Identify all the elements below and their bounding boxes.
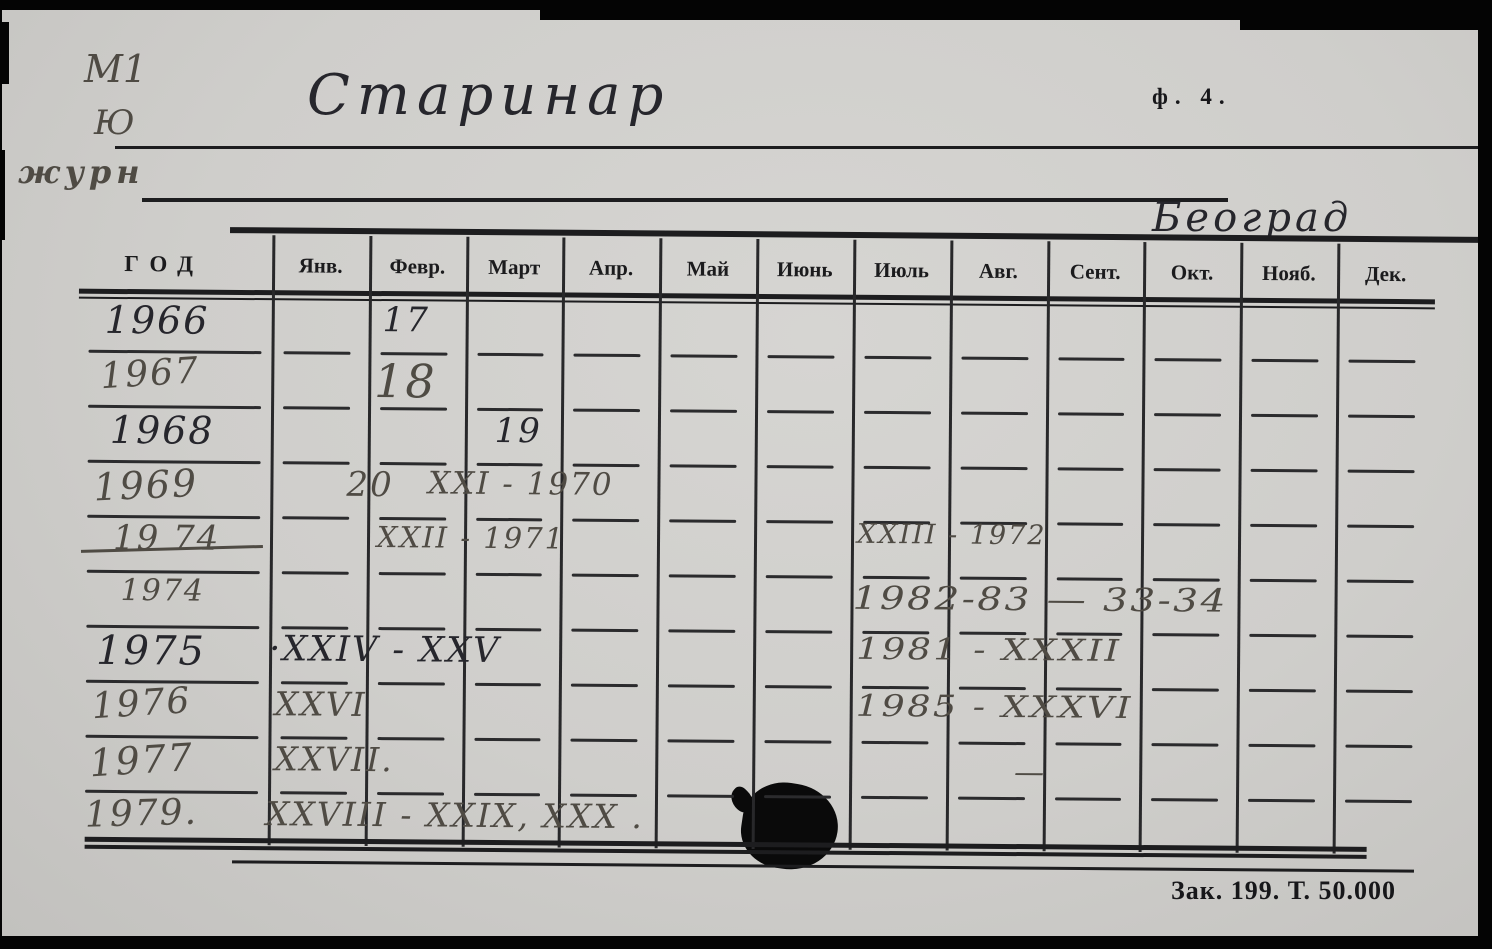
cell-rule [1346,745,1413,749]
cell-rule [671,354,738,358]
category-underline [142,198,1228,202]
catalog-card: М1 Ю ф. 4. Старинар журн Београд ГОДЯнв.… [2,10,1480,938]
month-header: Окт. [1143,251,1240,294]
cell-rule [864,356,931,360]
scan-edge-top-right [1240,0,1492,30]
cell-rule [1248,799,1315,803]
volume-entry: XXVI [275,687,367,721]
cell-rule [669,519,736,523]
volume-entry: ·XXIV - XXV [269,632,501,669]
cell-rule [1055,742,1122,746]
cell-rule [1057,522,1124,526]
volume-entry: 18 [374,358,437,404]
year-cell: 1979. [84,795,198,834]
cell-rule [1055,797,1122,801]
cell-rule [1058,357,1125,361]
cell-rule [1346,690,1413,694]
volume-entry: 17 [382,303,430,337]
volume-entry: 1985 - XXXVI [856,692,1133,724]
volume-table: ГОДЯнв.Февр.МартАпр.МайИюньИюльАвг.Сент.… [75,231,1436,860]
cell-rule [1349,360,1416,364]
volume-entry: XXVII. [274,742,394,776]
cell-rule [1154,523,1221,527]
volume-entry: 1981 - XXXII [856,635,1121,667]
below-table-rule [232,860,1414,872]
cell-rule [1152,743,1219,747]
cell-rule [378,682,445,686]
cell-rule [667,794,734,798]
month-header: Апр. [562,246,659,289]
cell-rule [282,571,349,575]
volume-entry: 19 [494,414,542,448]
year-column-header: ГОД [79,243,249,286]
cell-rule [571,739,638,743]
cell-rule [477,353,544,357]
column-rule [1333,244,1341,854]
year-cell: 1975 [96,631,206,672]
scan-edge-left-nick2 [0,150,5,240]
cell-rule [670,409,737,413]
month-header: Авг. [950,250,1047,293]
cell-rule [282,516,349,520]
cell-rule [766,575,833,579]
month-header: Июнь [756,248,853,291]
cell-rule [670,464,737,468]
cell-rule [1252,359,1319,363]
cell-rule [960,467,1027,471]
column-rule [1236,243,1244,853]
cell-rule [1348,415,1415,419]
cell-rule [668,739,735,743]
cell-rule [474,738,541,742]
cell-rule [1152,688,1219,692]
month-header: Сент. [1047,250,1144,293]
cell-rule [958,742,1025,746]
cell-rule [765,630,832,634]
column-rule [655,238,663,848]
imprint: Зак. 199. Т. 50.000 [1112,876,1396,906]
cell-rule [574,409,641,413]
scan-edge-bottom [0,936,1492,949]
cell-rule [475,683,542,687]
cell-rule [1155,358,1222,362]
form-number: ф. 4. [1152,84,1232,110]
cell-rule [1249,689,1316,693]
cell-rule [283,351,350,355]
cell-rule [1347,580,1414,584]
journal-title: Старинар [307,68,670,124]
volume-entry: XXVIII - XXIX, XXX . [266,797,644,833]
shelf-mark-line1: М1 [84,50,147,88]
shelf-mark-line2: Ю [94,106,135,140]
column-rule [1139,242,1147,852]
month-header: Нояб. [1240,252,1337,295]
cell-rule [766,520,833,524]
cell-rule [767,465,834,469]
cell-rule [573,519,640,523]
category-abbrev: журн [18,156,145,188]
cell-rule [961,412,1028,416]
cell-rule [861,741,928,745]
year-cell: 1966 [105,301,210,340]
cell-rule [1154,468,1221,472]
year-cell: 1977 [88,738,195,782]
cell-rule [1251,469,1318,473]
cell-rule [961,357,1028,361]
month-header: Дек. [1337,253,1434,296]
cell-rule [765,740,832,744]
cell-rule [283,406,350,410]
cell-rule [1154,413,1221,417]
cell-rule [864,466,931,470]
month-header: Май [659,247,756,290]
cell-rule [1251,414,1318,418]
cell-rule [1250,634,1317,638]
place-name: Београд [1152,198,1352,238]
cell-rule [764,795,831,799]
cell-rule [572,629,639,633]
volume-entry: 20 [346,468,394,502]
year-cell: 1969 [93,464,199,507]
column-rule [752,239,760,849]
scanned-card-page: М1 Ю ф. 4. Старинар журн Београд ГОДЯнв.… [0,0,1492,949]
volume-entry: XXIII - 1972 [857,521,1047,549]
column-rule [849,240,857,850]
cell-rule [765,685,832,689]
cell-rule [1346,635,1413,639]
title-underline [115,146,1479,149]
cell-rule [864,411,931,415]
cell-rule [574,354,641,358]
year-cell: 1968 [110,411,215,450]
year-cell: 1967 [99,353,201,395]
cell-rule [1151,798,1218,802]
cell-rule [1347,525,1414,529]
cell-rule [1250,579,1317,583]
cell-rule [1058,412,1125,416]
cell-rule [1348,470,1415,474]
cell-rule [571,684,638,688]
cell-rule [1153,633,1220,637]
volume-entry: XXII - 1971 [377,523,565,553]
cell-rule [958,797,1025,801]
cell-rule [475,573,542,577]
year-cell: 1976 [91,683,193,725]
cell-rule [1345,800,1412,804]
month-header: Февр. [369,245,466,288]
cell-rule [1250,524,1317,528]
volume-entry: XXI - 1970 [428,468,614,500]
scan-edge-right [1478,0,1492,949]
cell-rule [668,684,735,688]
month-header: Янв. [272,244,369,287]
volume-entry: 1982-83 — 33-34 [852,582,1227,617]
month-header: Март [466,246,563,289]
scan-edge-left-nick1 [0,22,9,84]
cell-rule [669,574,736,578]
cell-rule [572,574,639,578]
volume-entry: — [1014,758,1046,788]
cell-rule [379,572,446,576]
year-cell: 1974 [121,576,206,607]
cell-rule [861,796,928,800]
cell-rule [1057,467,1124,471]
month-header: Июль [853,249,950,292]
cell-rule [1249,744,1316,748]
cell-rule [669,629,736,633]
cell-rule [767,410,834,414]
cell-rule [283,461,350,465]
cell-rule [768,355,835,359]
